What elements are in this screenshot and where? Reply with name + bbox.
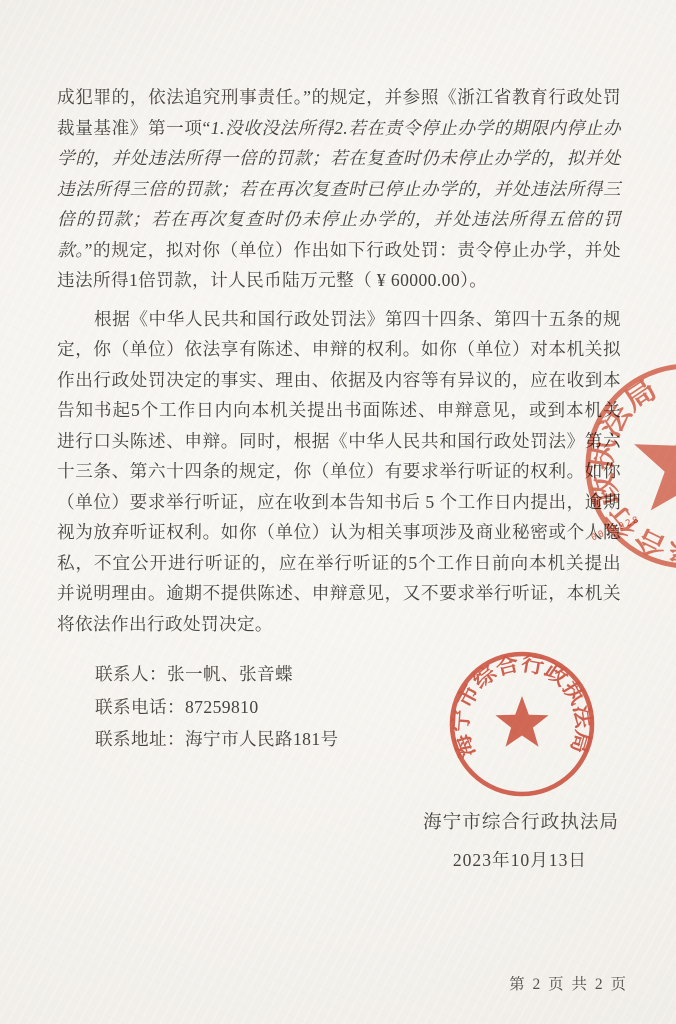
issuing-authority-name: 海宁市综合行政执法局	[423, 811, 619, 835]
issue-date: 2023年10月13日	[453, 848, 587, 872]
contact-phone-value: 87259810	[185, 697, 259, 717]
paragraph-penalty-basis: 成犯罪的，依法追究刑事责任。”的规定，并参照《浙江省教育行政处罚裁量基准》第一项…	[57, 82, 621, 296]
contact-person-value: 张一帆、张音蝶	[167, 664, 293, 684]
para1-penalty-decision-text: ”的规定，拟对你（单位）作出如下行政处罚：责令停止办学，并处违法所得1倍罚款，计…	[57, 240, 621, 291]
contact-address-value: 海宁市人民路181号	[185, 729, 339, 749]
contact-phone-row: 联系电话：87259810	[95, 691, 621, 724]
contact-address-label: 联系地址：	[95, 729, 185, 749]
paragraph-rights-notice: 根据《中华人民共和国行政处罚法》第四十四条、第四十五条的规定，你（单位）依法享有…	[57, 304, 621, 640]
signature-block: 海宁市综合行政执法局 2023年10月13日	[57, 811, 621, 872]
para1-quoted-standard-text: 1.没收没法所得2.若在责令停止办学的期限内停止办学的，并处违法所得一倍的罚款；…	[57, 118, 621, 260]
document-body: 成犯罪的，依法追究刑事责任。”的规定，并参照《浙江省教育行政处罚裁量基准》第一项…	[57, 82, 621, 872]
contact-address-row: 联系地址：海宁市人民路181号	[95, 723, 621, 756]
contact-phone-label: 联系电话：	[95, 697, 185, 717]
scanned-penalty-notice-page: 成犯罪的，依法追究刑事责任。”的规定，并参照《浙江省教育行政处罚裁量基准》第一项…	[0, 0, 676, 1024]
contact-person-label: 联系人：	[95, 664, 167, 684]
contact-block: 联系人：张一帆、张音蝶 联系电话：87259810 联系地址：海宁市人民路181…	[57, 658, 621, 756]
page-number-footer: 第 2 页 共 2 页	[509, 972, 628, 994]
contact-person-row: 联系人：张一帆、张音蝶	[95, 658, 621, 691]
